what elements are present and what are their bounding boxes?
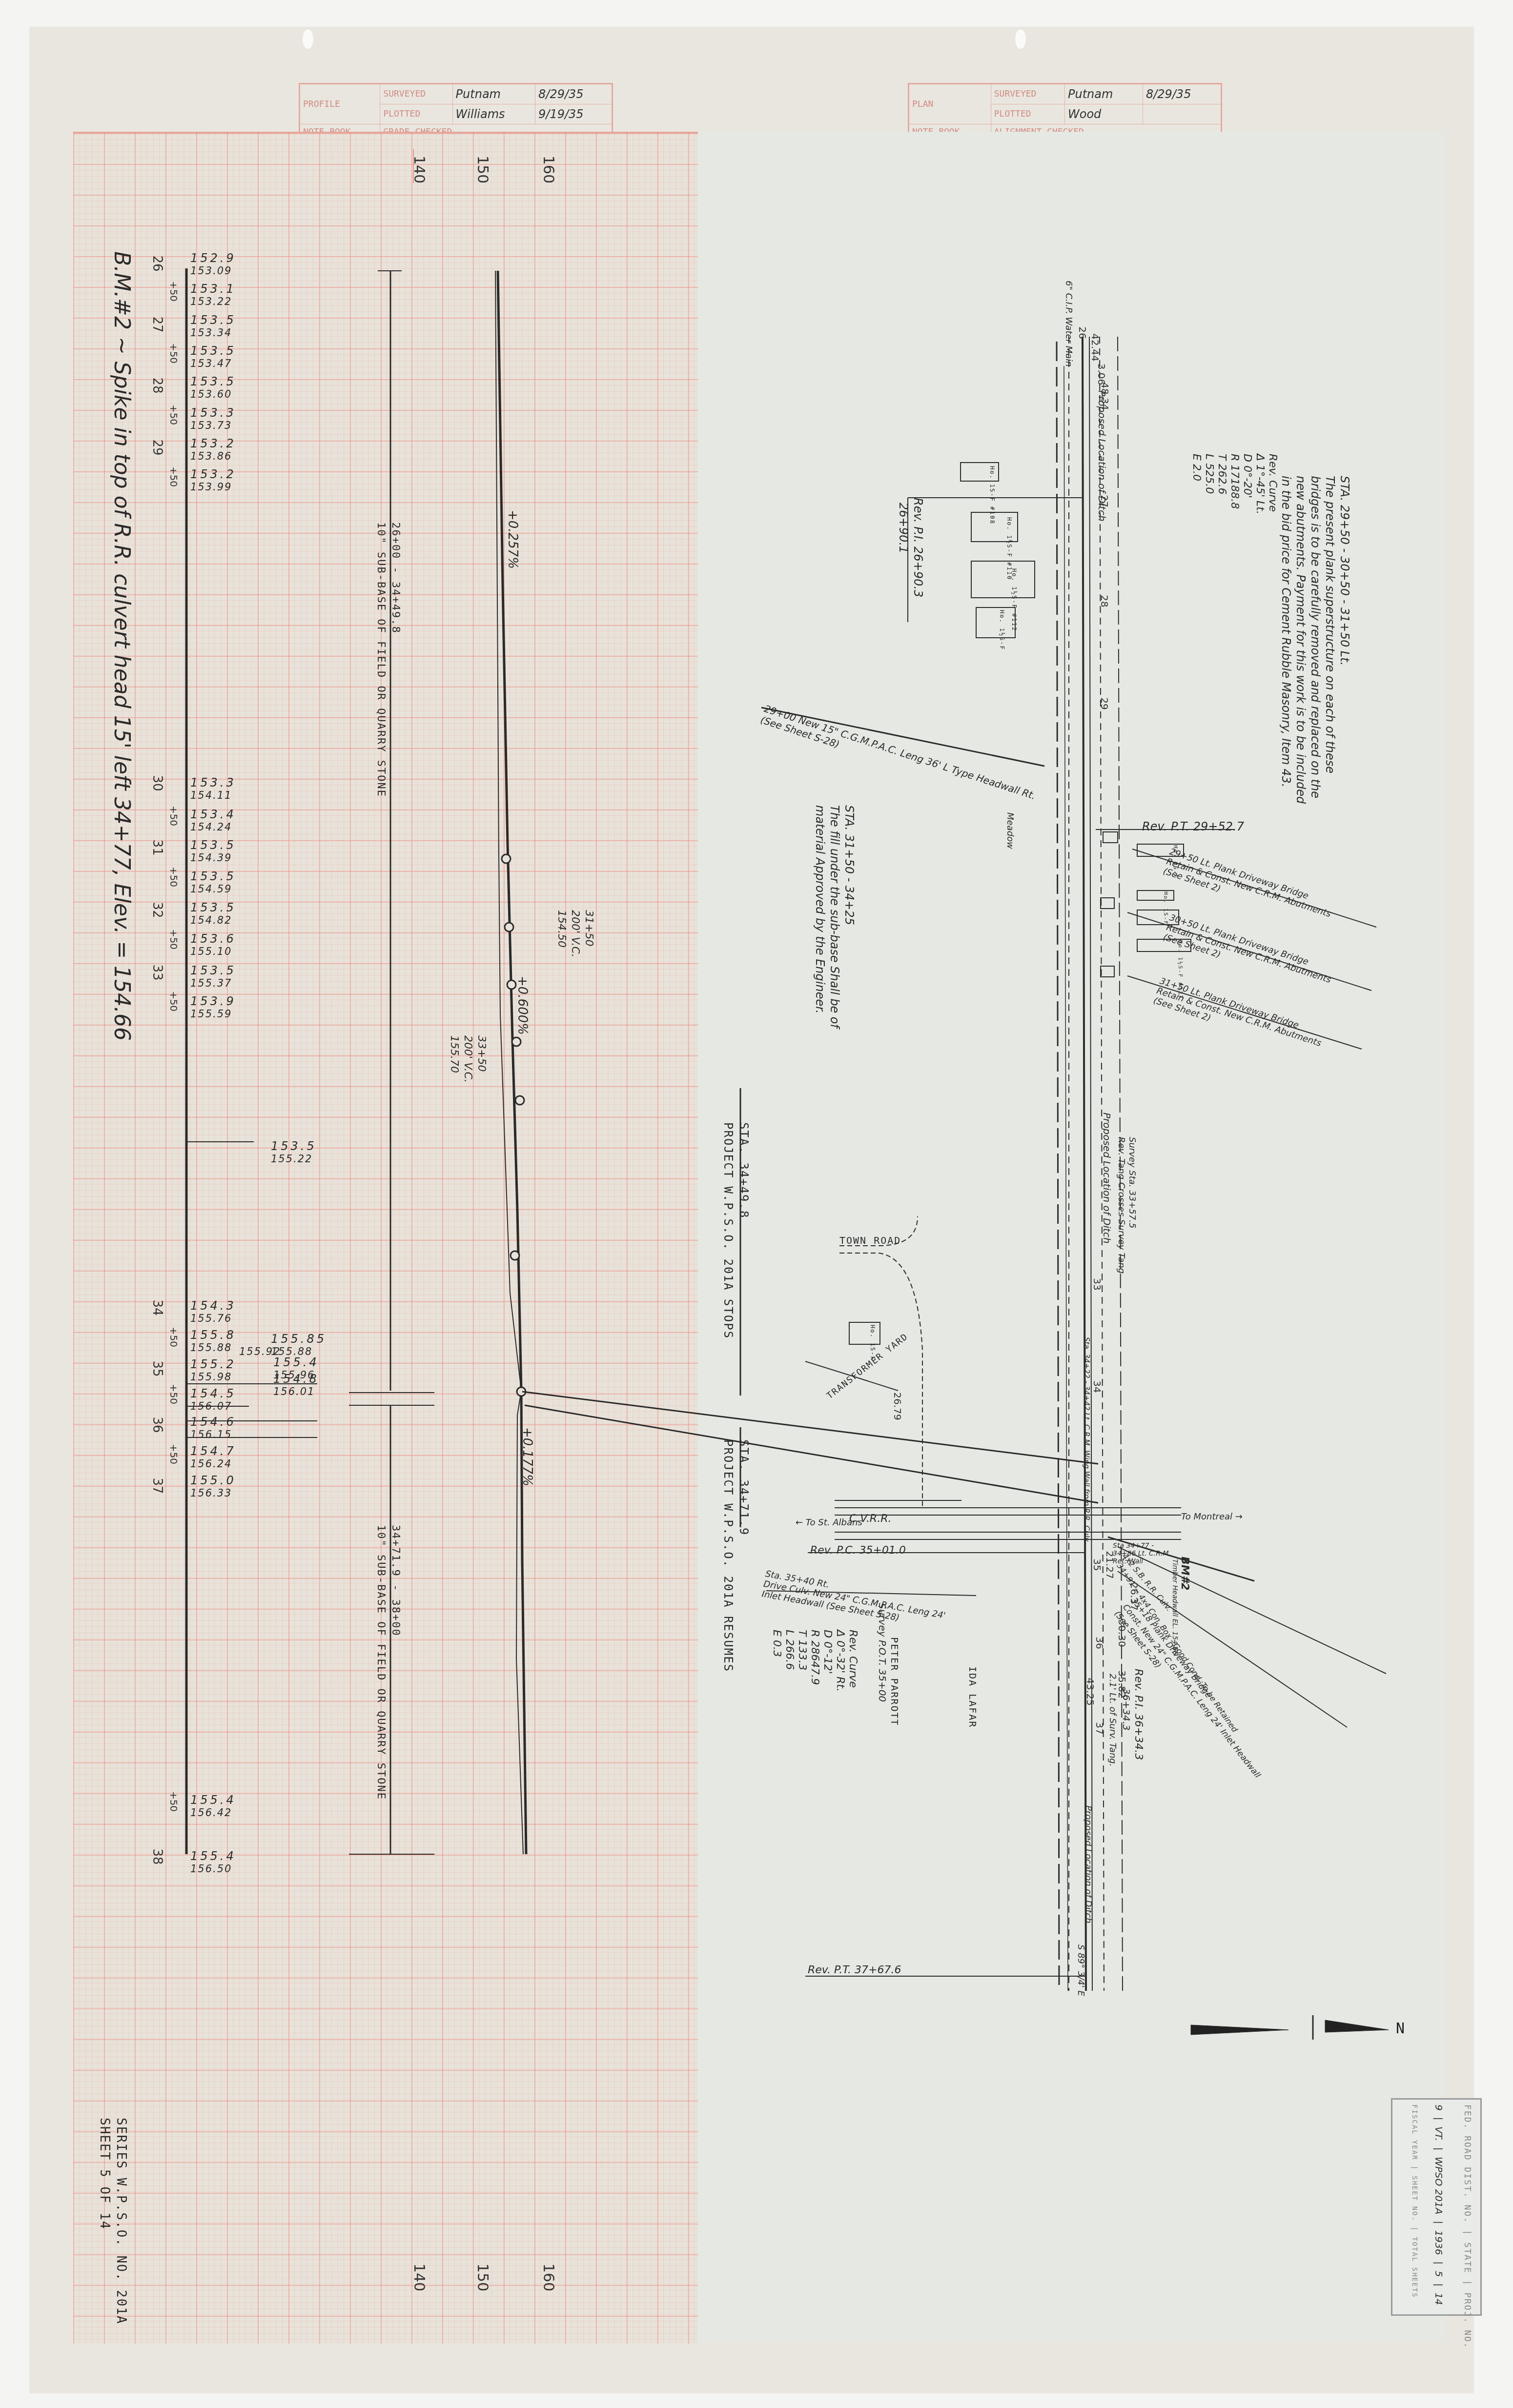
grade-elev: 155.37 [190, 977, 236, 989]
grade-elev: 155.22 [271, 1153, 317, 1165]
subbase-note-2: 34+71.9 - 38+0010" SUB-BASE OF FIELD OR … [373, 1525, 403, 1800]
bridge-note-text: The present plank superstructure on each… [1279, 476, 1337, 804]
elevation-tick-160-bottom: 160 [540, 2264, 557, 2291]
curve-t: T 133.3 [796, 1630, 808, 1670]
stamp-header: TOTAL SHEETS [1411, 2237, 1418, 2298]
to-st-albans-label: ← To St. Albans [796, 1518, 862, 1528]
ground-elev: 153.2 [190, 467, 236, 481]
elevation-tick-140: 140 [410, 156, 428, 183]
station-label: 36 [150, 1416, 164, 1433]
grade-elev: 156.33 [190, 1487, 236, 1499]
station-label: +50 [168, 281, 180, 302]
grade-label: +0.257% [505, 510, 520, 569]
curve-d: D 0°-12' [821, 1630, 834, 1674]
vertical-curve-1: 31+50200' V.C.154.50 [554, 910, 595, 957]
ground-elev: 155.2 [190, 1357, 236, 1371]
ground-elev: 154.5 [190, 1387, 236, 1400]
meadow-label: Meadow [1005, 812, 1015, 849]
vc-station: 33+50 [475, 1035, 488, 1072]
fill-note: STA. 31+50 - 34+25The fill under the sub… [813, 805, 857, 1049]
curve-title: Rev. Curve [1267, 454, 1279, 512]
vc-elev: 155.70 [448, 1035, 460, 1073]
rev-curve-2: Rev. Curve Δ 0°-32' Rt. D 0°-12' R 28647… [770, 1630, 859, 1692]
ground-elev: 155.4 [190, 1849, 236, 1863]
house-label: Ho. 1S-F #108 [989, 466, 996, 525]
rev-pt-label: Rev. P.T. 37+67.6 [808, 1964, 901, 1976]
ditch-label: Proposed Location of Ditch [1101, 1113, 1113, 1244]
ground-elev: 153.5 [190, 838, 236, 852]
grade-elev: 154.82 [190, 914, 236, 926]
dimension-label: 21.27 [1104, 1551, 1116, 1578]
ground-elev: 153.5 [190, 870, 236, 883]
subbase-range: 34+71.9 - 38+00 [389, 1525, 402, 1637]
curve-delta: Δ 1°-45' Lt. [1254, 454, 1266, 514]
station-label: +50 [168, 1384, 180, 1404]
to-montreal-label: To Montreal → [1181, 1512, 1243, 1522]
ground-elev: 153.5 [190, 344, 236, 358]
ground-elev: 152.9 [190, 251, 236, 265]
station-label: 26 [150, 255, 164, 271]
project-text: PROJECT W.P.S.O. 201A STOPS [721, 1122, 735, 1339]
grade-elev: 156.07 [190, 1400, 236, 1412]
grade-elev: 155.98 [190, 1371, 236, 1383]
station-label: 31 [150, 839, 164, 855]
plan-station: 29 [1099, 697, 1110, 709]
grade-elev: 156.24 [190, 1458, 236, 1470]
station-label: +50 [168, 991, 180, 1012]
ground-elev: 153.9 [190, 994, 236, 1008]
station-label: 28 [150, 377, 164, 393]
plan-station: 26 [1077, 326, 1088, 339]
station-label: 29 [150, 439, 164, 455]
elevation-tick-140-bottom: 140 [410, 2264, 428, 2291]
grade-elev: 153.99 [190, 481, 236, 493]
grade-elev: 154.24 [190, 821, 236, 833]
plan-station: 27 [1099, 495, 1110, 507]
ground-elev: 155.4 [273, 1356, 319, 1369]
station-label: +50 [168, 1327, 180, 1347]
rev-pt-label: Rev. P.T. 29+52.7 [1142, 820, 1244, 833]
grade-elev: 155.59 [190, 1008, 236, 1020]
ground-elev: 153.2 [190, 437, 236, 450]
benchmark-note: B.M.#2 ~ Spike in top of R.R. culvert he… [109, 251, 134, 1041]
elevation-pair: 153.5153.34 [190, 313, 236, 339]
stamp-header: PROJ. NO. [1462, 2292, 1472, 2349]
elevation-pair: 153.5154.39 [190, 838, 236, 864]
bridge-note-station: STA. 29+50 - 30+50 - 31+50 Lt. [1338, 476, 1351, 666]
station-label: +50 [168, 929, 180, 950]
plan-station: 35 [1091, 1558, 1103, 1571]
plan-station: 28 [1099, 595, 1110, 607]
ground-elev: 153.5 [190, 375, 236, 388]
sheet-line: SHEET 5 OF 14 [97, 2118, 112, 2230]
stamp-headers: FED. ROAD DIST. NO. | STATE | PROJ. NO. [1459, 2104, 1475, 2349]
elevation-pair: 155.8155.88 [190, 1328, 236, 1354]
north-arrow-icon: N [1396, 2020, 1406, 2037]
station-label: 37 [150, 1477, 164, 1494]
station-label: +50 [168, 466, 180, 487]
dimension-label: 35.82 [1116, 1670, 1128, 1698]
subbase-note-1: 26+00 - 34+49.810" SUB-BASE OF FIELD OR … [373, 522, 403, 797]
town-road-label: TOWN ROAD [839, 1234, 901, 1246]
sheet-stamp: FED. ROAD DIST. NO. | STATE | PROJ. NO. … [1391, 2098, 1482, 2316]
elevation-pair: 153.4154.24 [190, 808, 236, 833]
station-label: +50 [168, 343, 180, 364]
ground-elev: 155.85 [271, 1332, 327, 1346]
vc-length: 200' V.C. [569, 910, 581, 957]
offset-elevation: 153.5155.22 [271, 1139, 317, 1165]
dimension-label: 42.44 [1089, 333, 1101, 361]
fill-note-station: STA. 31+50 - 34+25 [842, 805, 856, 925]
ground-elev: 155.0 [190, 1474, 236, 1487]
series-line: SERIES W.P.S.O. NO. 201A [114, 2118, 128, 2325]
grade-elev: 156.42 [190, 1807, 236, 1819]
elevation-pair: 153.6155.10 [190, 932, 236, 957]
ditch-label: Proposed Location of Ditch [1083, 1805, 1093, 1923]
stamp-header: FED. ROAD DIST. NO. [1462, 2104, 1472, 2224]
vc-length: 200' V.C. [462, 1035, 474, 1083]
subbase-text: 10" SUB-BASE OF FIELD OR QUARRY STONE [375, 522, 387, 797]
stamp-value: VT. [1433, 2126, 1445, 2141]
grade-label: +0.177% [520, 1427, 534, 1486]
dimension-label: 30.30 [1116, 1619, 1128, 1647]
grade-elev: 153.73 [190, 420, 236, 431]
subbase-range: 26+00 - 34+49.8 [389, 522, 402, 634]
station-label: 33 [150, 964, 164, 980]
plan-station: 34 [1091, 1380, 1103, 1393]
survey-pot-label: Survey P.O.T. 35+00 [877, 1603, 888, 1702]
elevation-tick-150-bottom: 150 [474, 2264, 491, 2291]
station-label: 30 [150, 775, 164, 791]
grade-elev: 153.86 [190, 450, 236, 462]
grade-elev: 153.22 [190, 296, 236, 307]
grade-elev: 156.01 [273, 1386, 319, 1397]
stamp-value: 14 [1433, 2293, 1445, 2305]
stamp-header: FISCAL YEAR [1411, 2104, 1418, 2161]
bearing-label: S 89° 3/4' E [1076, 1944, 1086, 1996]
elevation-pair: 153.5154.59 [190, 870, 236, 895]
grade-elev: 153.09 [190, 265, 236, 277]
grade-elev: 153.47 [190, 358, 236, 369]
grade-label: +0.600% [515, 976, 530, 1035]
elevation-pair: 154.6156.15 [190, 1415, 236, 1440]
owner-label: IDA LAFAR [967, 1666, 979, 1728]
curve-r: R 17188.8 [1228, 454, 1241, 509]
project-resumes-note: STA. 34+71.9PROJECT W.P.S.O. 201A RESUME… [720, 1439, 752, 1672]
survey-tang-sub: Rev. Tang Crosses Survey Tang [1116, 1137, 1126, 1274]
station-label: 27 [150, 316, 164, 332]
station-label: 38 [150, 1848, 164, 1864]
station-label: +50 [168, 405, 180, 425]
elevation-pair: 153.3154.11 [190, 776, 236, 801]
elevation-pair: 153.2153.99 [190, 467, 236, 493]
grade-elev: 156.15 [190, 1429, 236, 1440]
house-label: Ho. 1½S-F [999, 610, 1005, 650]
elevation-pair: 153.5154.82 [190, 901, 236, 926]
house-label: Ho. 1S-F [869, 1325, 876, 1361]
elevation-pair: 155.0156.33 [190, 1474, 236, 1499]
stamp-header: STATE [1462, 2242, 1472, 2273]
curve-l: L 266.6 [783, 1630, 796, 1670]
curve-t: T 262.6 [1216, 454, 1228, 494]
dimension-label: 26.37 [1128, 1582, 1140, 1610]
station-label: 35 [150, 1360, 164, 1376]
curve-r: R 28647.9 [809, 1630, 821, 1685]
stamp-header: SHEET NO. [1411, 2176, 1418, 2222]
elevation-pair: 153.5153.60 [190, 375, 236, 400]
plan-station: 33 [1091, 1278, 1103, 1290]
curve-l: L 525.0 [1203, 454, 1215, 494]
station-label: +50 [168, 1444, 180, 1464]
dimension-label: 43.25 [1084, 1678, 1096, 1705]
stamp-value: 1936 [1433, 2230, 1445, 2255]
vc-elev: 154.50 [555, 910, 568, 948]
owner-label: PETER PARROTT [889, 1637, 900, 1726]
grade-elev: 154.39 [190, 852, 236, 864]
plan-station: 36 [1094, 1637, 1105, 1649]
ground-elev: 153.4 [190, 808, 236, 821]
rev-curve-1: Rev. Curve Δ 1°-45' Lt. D 0°-20' R 17188… [1190, 454, 1279, 514]
bridge-note: STA. 29+50 - 30+50 - 31+50 Lt.The presen… [1279, 476, 1352, 817]
survey-tang-note: Survey Sta. 33+57.5Rev. Tang Crosses Sur… [1116, 1137, 1137, 1274]
elevation-pair: 155.2155.98 [190, 1357, 236, 1383]
ground-elev: 153.1 [190, 282, 236, 296]
stamp-value: 9 [1433, 2104, 1445, 2111]
elevation-pair: 153.1153.22 [190, 282, 236, 307]
elevation-pair: 153.2153.86 [190, 437, 236, 462]
ground-elev: 155.8 [190, 1328, 236, 1342]
ground-elev: 153.6 [190, 932, 236, 946]
benchmark-label: BM#2 [1179, 1557, 1191, 1590]
house-label: Ho. 1½S-F #112 [1011, 568, 1018, 631]
house-label: Ho. 1S-F [1163, 891, 1169, 925]
ground-elev: 154.8 [273, 1372, 319, 1386]
dimension-label: 26.79 [892, 1392, 903, 1420]
elevation-pair: 154.7156.24 [190, 1444, 236, 1470]
stamp-headers-2: FISCAL YEAR | SHEET NO. | TOTAL SHEETS [1410, 2104, 1419, 2298]
elevation-pair: 155.4156.42 [190, 1793, 236, 1819]
grade-elev: 155.10 [190, 946, 236, 957]
station-label: +50 [168, 867, 180, 887]
grade-elev: 153.60 [190, 388, 236, 400]
subbase-text: 10" SUB-BASE OF FIELD OR QUARRY STONE [375, 1525, 387, 1800]
house-label: Ho. 1½S-F #127 [1177, 940, 1184, 999]
rev-pi-label: 26+90.1 [897, 503, 910, 553]
direction-text: To Montreal [1181, 1512, 1232, 1522]
curve-e: E 0.3 [771, 1630, 783, 1657]
grade-elev: 156.50 [190, 1863, 236, 1875]
plan-station: 37 [1094, 1722, 1105, 1734]
stamp-value: WPSO 201A [1433, 2157, 1445, 2215]
series-note: SERIES W.P.S.O. NO. 201ASHEET 5 OF 14 [96, 2118, 129, 2325]
ground-elev: 154.3 [190, 1299, 236, 1313]
station-label: 34 [150, 1299, 164, 1315]
project-stops-note: STA. 34+49.8PROJECT W.P.S.O. 201A STOPS [720, 1122, 752, 1339]
station-label: +50 [168, 1791, 180, 1812]
elevation-pair: 154.5156.07 [190, 1387, 236, 1412]
elevation-tick-160: 160 [540, 156, 557, 183]
elevation-pair: 153.3153.73 [190, 406, 236, 431]
vertical-curve-2: 33+50200' V.C.155.70 [447, 1035, 488, 1083]
direction-text: To St. Albans [806, 1518, 862, 1528]
water-main-label: 6" C.I.P. Water Main [1063, 281, 1074, 367]
stamp-value: 5 [1433, 2271, 1445, 2277]
rev-pi-label: Rev. P.I. 36+34.3 [1132, 1669, 1145, 1760]
ground-elev: 153.3 [190, 406, 236, 420]
vc-station: 31+50 [583, 910, 595, 946]
elevation-pair: 155.4156.50 [190, 1849, 236, 1875]
grade-elev: 153.34 [190, 327, 236, 339]
grade-elev: 154.11 [190, 789, 236, 801]
elevation-tick-150: 150 [474, 156, 491, 183]
wing-wall-note: Sta. 34+22 - 34+42 Lt. C.R.M. Wing Wall … [1082, 1337, 1091, 1543]
elevation-pair: 152.9153.09 [190, 251, 236, 277]
project-station: STA. 34+49.8 [737, 1122, 751, 1218]
grade-elev: 155.88 [190, 1342, 236, 1354]
curve-delta: Δ 0°-32' Rt. [834, 1630, 846, 1692]
elevation-pair: 153.9155.59 [190, 994, 236, 1020]
grade-elev: 154.59 [190, 883, 236, 895]
house-label: Ho. 1S-F [1172, 845, 1179, 879]
station-label: 32 [150, 902, 164, 918]
project-text: PROJECT W.P.S.O. 201A RESUMES [721, 1439, 735, 1672]
elevation-pair: 154.3155.76 [190, 1299, 236, 1324]
ground-elev: 155.4 [190, 1793, 236, 1807]
elevation-pair: 153.5153.47 [190, 344, 236, 369]
ground-elev: 153.5 [190, 313, 236, 327]
ground-elev: 153.3 [190, 776, 236, 789]
ground-elev: 154.7 [190, 1444, 236, 1458]
curve-title: Rev. Curve [847, 1630, 859, 1688]
ground-elev: 154.6 [190, 1415, 236, 1429]
survey-tang: Survey Sta. 33+57.5 [1127, 1137, 1137, 1228]
dimension-label: 48.34 [1099, 382, 1111, 410]
project-station: STA. 34+71.9 [737, 1439, 751, 1536]
offset-elevation: 154.8156.01 [273, 1372, 319, 1397]
elevation-pair: 153.5155.37 [190, 964, 236, 989]
ground-elev: 153.5 [271, 1139, 317, 1153]
fill-note-text: The fill under the sub-base Shall be of … [813, 805, 841, 1028]
rev-pc-label: Rev. P.C. 35+01.0 [810, 1544, 906, 1557]
curve-d: D 0°-20' [1241, 454, 1253, 498]
rev-pi-label: Rev. P.I. 26+90.3 [911, 498, 925, 597]
station-label: +50 [168, 806, 180, 826]
ground-elev: 153.5 [190, 901, 236, 914]
ground-elev: 153.5 [190, 964, 236, 977]
grade-elev: 155.76 [190, 1313, 236, 1324]
curve-e: E 2.0 [1190, 454, 1203, 481]
stamp-values: 9 | VT. | WPSO 201A | 1936 | 5 | 14 [1431, 2104, 1446, 2305]
